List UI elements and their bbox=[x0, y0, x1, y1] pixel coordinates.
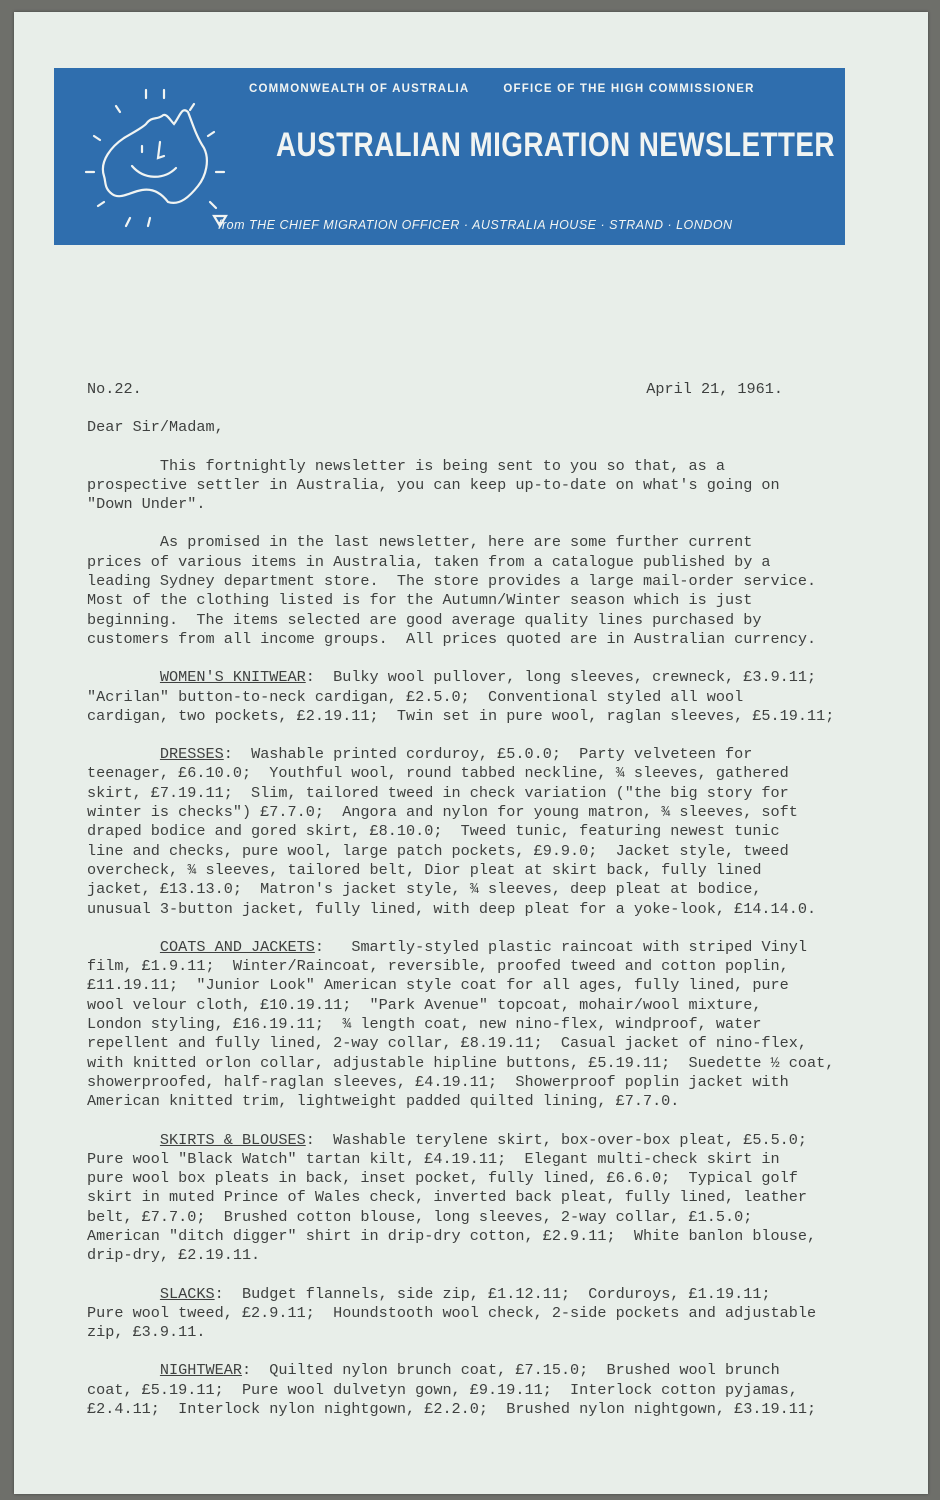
letter-date: April 21, 1961. bbox=[646, 380, 783, 399]
letter-body: No.22. April 21, 1961. Dear Sir/Madam, T… bbox=[87, 380, 877, 1419]
section-heading: DRESSES bbox=[160, 745, 224, 763]
section-text: : Washable terylene skirt, box-over-box … bbox=[87, 1131, 816, 1265]
header-subtitle: COMMONWEALTH OF AUSTRALIA OFFICE OF THE … bbox=[249, 83, 755, 95]
sender-line: from THE CHIEF MIGRATION OFFICER · AUSTR… bbox=[218, 218, 733, 232]
commonwealth-label: COMMONWEALTH OF AUSTRALIA bbox=[249, 83, 469, 95]
section-heading: SLACKS bbox=[160, 1285, 215, 1303]
section-coats-and-jackets: COATS AND JACKETS: Smartly-styled plasti… bbox=[87, 938, 877, 1112]
section-heading: SKIRTS & BLOUSES bbox=[160, 1131, 306, 1149]
newsletter-title: AUSTRALIAN MIGRATION NEWSLETTER bbox=[276, 126, 835, 165]
section-nightwear: NIGHTWEAR: Quilted nylon brunch coat, £7… bbox=[87, 1361, 877, 1419]
section-womens-knitwear: WOMEN'S KNITWEAR: Bulky wool pullover, l… bbox=[87, 668, 877, 726]
section-text: : Washable printed corduroy, £5.0.0; Par… bbox=[87, 745, 816, 917]
section-text: : Smartly-styled plastic raincoat with s… bbox=[87, 938, 834, 1110]
section-skirts-and-blouses: SKIRTS & BLOUSES: Washable terylene skir… bbox=[87, 1131, 877, 1266]
section-heading: WOMEN'S KNITWEAR bbox=[160, 668, 306, 686]
section-heading: NIGHTWEAR bbox=[160, 1361, 242, 1379]
section-slacks: SLACKS: Budget flannels, side zip, £1.12… bbox=[87, 1285, 877, 1343]
smiling-australia-map-icon bbox=[64, 76, 274, 236]
intro-paragraph: As promised in the last newsletter, here… bbox=[87, 533, 877, 649]
issue-number: No.22. bbox=[87, 380, 142, 399]
high-commissioner-label: OFFICE OF THE HIGH COMMISSIONER bbox=[503, 83, 754, 95]
salutation: Dear Sir/Madam, bbox=[87, 418, 877, 437]
section-heading: COATS AND JACKETS bbox=[160, 938, 315, 956]
intro-paragraph: This fortnightly newsletter is being sen… bbox=[87, 457, 877, 515]
letterhead-banner: COMMONWEALTH OF AUSTRALIA OFFICE OF THE … bbox=[54, 68, 845, 245]
section-dresses: DRESSES: Washable printed corduroy, £5.0… bbox=[87, 745, 877, 919]
